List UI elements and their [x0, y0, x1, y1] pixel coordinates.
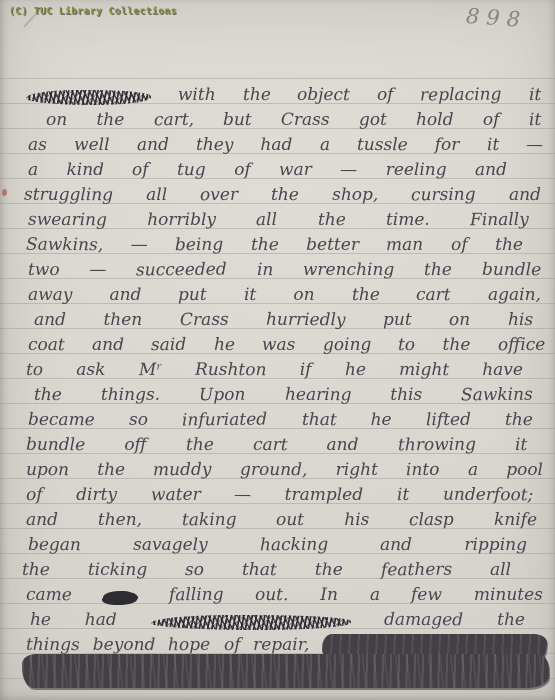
- handwritten-word: over: [200, 183, 238, 208]
- handwritten-word: replacing: [420, 83, 502, 109]
- handwritten-word: to: [26, 358, 43, 383]
- handwritten-word: swearing: [28, 208, 107, 234]
- handwritten-word: but: [223, 108, 252, 133]
- handwritten-word: off: [124, 433, 146, 458]
- handwritten-word: the: [351, 283, 379, 308]
- handwritten-word: few: [411, 583, 442, 608]
- handwritten-word: —: [131, 233, 148, 258]
- handwritten-word: going: [322, 333, 371, 359]
- handwritten-word: Mʳ: [138, 358, 162, 383]
- handwritten-word: said: [151, 333, 186, 358]
- handwritten-word: water: [151, 483, 201, 509]
- handwritten-word: the: [505, 408, 533, 433]
- handwritten-word: muddy: [153, 458, 212, 484]
- handwritten-word: minutes: [474, 583, 543, 608]
- handwritten-word: of: [451, 233, 468, 258]
- handwritten-word: the: [22, 558, 50, 583]
- handwritten-word: reeling: [386, 158, 447, 183]
- handwritten-word: it: [515, 433, 527, 458]
- handwritten-word: the: [424, 258, 452, 283]
- handwritten-word: on: [293, 283, 314, 308]
- manuscript-line: strugglingallovertheshop,cursingand: [0, 183, 555, 208]
- handwritten-word: the: [495, 233, 523, 258]
- handwritten-word: to: [398, 333, 415, 358]
- handwritten-word: the: [186, 433, 214, 458]
- handwritten-word: cart,: [153, 108, 193, 133]
- handwritten-word: became: [28, 408, 95, 433]
- manuscript-line: Sawkins,—beingthebettermanofthe: [0, 233, 555, 258]
- handwritten-word: that: [242, 558, 277, 583]
- handwritten-word: they: [196, 133, 234, 158]
- handwritten-word: a: [369, 583, 379, 608]
- handwritten-word: his: [344, 508, 369, 533]
- handwritten-word: that: [302, 408, 337, 433]
- manuscript-line: [0, 658, 555, 683]
- handwritten-word: shop,: [332, 183, 378, 208]
- handwritten-word: ask: [76, 358, 105, 383]
- handwritten-word: and: [137, 133, 169, 158]
- manuscript-line: thethings.UponhearingthisSawkins: [0, 383, 555, 408]
- manuscript-line: andthen,takingouthisclaspknife: [0, 508, 555, 533]
- handwritten-word: all: [490, 558, 511, 583]
- handwritten-word: tug: [177, 158, 206, 183]
- handwritten-word: he: [371, 408, 392, 433]
- handwritten-word: and: [380, 533, 412, 558]
- handwritten-word: came: [26, 583, 72, 608]
- handwritten-word: hacking: [260, 533, 328, 559]
- handwritten-word: war: [279, 158, 312, 183]
- handwritten-word: into: [406, 458, 440, 483]
- handwritten-word: dirty: [76, 483, 117, 508]
- handwritten-word: knife: [494, 508, 537, 533]
- handwritten-word: bundle: [482, 258, 541, 283]
- manuscript-line: two—succeededinwrenchingthebundle: [0, 258, 555, 283]
- handwritten-word: if: [300, 358, 312, 383]
- handwritten-word: so: [185, 558, 204, 583]
- handwritten-word: Crass: [281, 108, 330, 133]
- handwritten-word: —: [340, 158, 357, 183]
- handwritten-word: then: [103, 308, 142, 333]
- handwritten-word: ripping: [464, 533, 527, 558]
- handwritten-word: he: [344, 358, 365, 383]
- handwritten-word: it: [529, 83, 541, 108]
- handwritten-word: began: [28, 533, 81, 558]
- handwritten-word: a: [468, 458, 478, 483]
- handwritten-word: a: [28, 158, 38, 183]
- manuscript-line: andthenCrasshurriedlyputonhis: [0, 308, 555, 333]
- manuscript-line: begansavagelyhackingandripping: [0, 533, 555, 558]
- handwritten-word: horribly: [147, 208, 216, 233]
- handwritten-word: tussle: [357, 133, 408, 158]
- handwritten-word: had: [85, 608, 117, 633]
- handwritten-word: upon: [26, 458, 69, 483]
- ink-scribble: [103, 591, 137, 605]
- handwritten-word: and: [109, 283, 141, 308]
- handwritten-word: object: [297, 83, 350, 108]
- handwritten-word: clasp: [409, 508, 454, 533]
- handwritten-word: bundle: [26, 433, 85, 458]
- handwritten-word: cart: [416, 283, 451, 308]
- manuscript-line: akindoftugofwar—reelingand: [0, 158, 555, 183]
- handwritten-word: and: [92, 333, 124, 358]
- handwritten-word: and: [509, 183, 541, 208]
- handwritten-word: then,: [98, 508, 142, 533]
- handwritten-word: and: [475, 158, 507, 183]
- handwritten-word: of: [234, 158, 251, 183]
- manuscript-line: toaskMʳRushtonifhemighthave: [0, 358, 555, 383]
- ink-scribble: [151, 615, 351, 630]
- handwritten-word: the: [318, 208, 346, 233]
- handwritten-word: better: [306, 233, 359, 258]
- handwritten-word: of: [26, 483, 43, 508]
- handwritten-word: the: [34, 383, 62, 408]
- handwritten-word: out.: [255, 583, 289, 608]
- handwritten-word: have: [482, 358, 523, 383]
- handwritten-word: all: [146, 183, 167, 208]
- handwritten-word: away: [28, 283, 73, 308]
- handwritten-word: it: [529, 108, 542, 133]
- handwritten-word: throwing: [397, 433, 475, 459]
- handwritten-word: —: [89, 258, 106, 283]
- handwritten-word: hearing: [285, 383, 352, 408]
- handwritten-word: he: [214, 333, 235, 358]
- handwritten-word: it: [486, 133, 499, 158]
- handwritten-word: might: [399, 358, 449, 383]
- manuscript-line: camefallingout.Inafewminutes: [0, 583, 555, 608]
- manuscript-line: swearinghorriblyallthetime.Finally: [0, 208, 555, 233]
- handwritten-word: it: [397, 483, 410, 508]
- handwritten-word: Sawkins,: [26, 233, 103, 259]
- handwritten-word: this: [390, 383, 422, 408]
- handwritten-word: feathers: [381, 558, 452, 584]
- handwritten-word: put: [383, 308, 412, 333]
- handwritten-word: on: [46, 108, 67, 133]
- handwritten-word: the: [271, 183, 299, 208]
- handwritten-word: Finally: [470, 208, 529, 234]
- handwritten-word: the: [242, 83, 270, 108]
- handwritten-word: things.: [101, 383, 160, 408]
- handwritten-word: succeeded: [136, 258, 227, 284]
- manuscript-line: aswellandtheyhadatussleforit—: [0, 133, 555, 158]
- manuscript-line: onthecart,butCrassgotholdofit: [0, 108, 555, 133]
- handwritten-word: pool: [506, 458, 543, 483]
- handwritten-word: his: [508, 308, 533, 333]
- handwritten-word: again,: [488, 283, 541, 308]
- manuscript-line: withtheobjectofreplacingit: [0, 83, 555, 108]
- handwritten-word: cart: [253, 433, 288, 458]
- handwritten-word: —: [526, 133, 543, 158]
- handwritten-word: was: [262, 333, 295, 358]
- manuscript-line: awayandputitonthecartagain,: [0, 283, 555, 308]
- handwritten-word: hold: [416, 108, 454, 133]
- handwritten-word: all: [256, 208, 277, 233]
- handwritten-word: got: [359, 108, 387, 133]
- manuscript-line: thetickingsothatthefeathersall: [0, 558, 555, 583]
- handwritten-word: Rushton: [195, 358, 267, 383]
- handwritten-word: well: [74, 133, 110, 158]
- handwritten-word: and: [34, 308, 66, 333]
- handwritten-word: falling: [169, 583, 224, 609]
- handwritten-word: —: [234, 483, 251, 508]
- handwritten-word: it: [244, 283, 256, 308]
- handwritten-word: the: [251, 233, 279, 258]
- handwritten-word: the: [315, 558, 343, 583]
- handwritten-word: time.: [386, 208, 430, 233]
- handwritten-word: so: [129, 408, 148, 433]
- handwritten-word: the: [443, 333, 471, 358]
- handwritten-word: as: [28, 133, 47, 158]
- handwritten-word: In: [320, 583, 338, 608]
- handwritten-word: with: [178, 83, 216, 108]
- handwritten-word: trampled: [285, 483, 363, 508]
- handwritten-word: underfoot;: [443, 483, 533, 509]
- handwritten-word: on: [449, 308, 470, 333]
- handwritten-word: savagely: [133, 533, 208, 558]
- handwritten-word: wrenching: [303, 258, 394, 283]
- handwritten-word: ticking: [88, 558, 147, 583]
- handwritten-word: he: [30, 608, 51, 633]
- manuscript-line: bundleoffthecartandthrowingit: [0, 433, 555, 458]
- handwritten-word: office: [498, 333, 546, 358]
- manuscript-line: coatandsaidhewasgoingtotheoffice: [0, 333, 555, 358]
- manuscript-line: hehaddamagedthe: [0, 608, 555, 633]
- handwritten-word: had: [260, 133, 292, 158]
- handwritten-text-block: withtheobjectofreplacingitonthecart,butC…: [0, 0, 555, 700]
- ink-redaction-blob: [22, 654, 549, 688]
- handwritten-word: right: [336, 458, 378, 483]
- handwritten-word: being: [175, 233, 223, 259]
- handwritten-word: out: [276, 508, 304, 533]
- handwritten-word: and: [26, 508, 58, 533]
- handwritten-word: a: [319, 133, 329, 158]
- handwritten-word: of: [377, 83, 394, 108]
- manuscript-page: (C) TUC Library Collections 898 withtheo…: [0, 0, 555, 700]
- handwritten-word: Sawkins: [461, 383, 533, 409]
- handwritten-word: Upon: [199, 383, 246, 408]
- ink-scribble: [26, 90, 151, 105]
- handwritten-word: for: [435, 133, 460, 158]
- manuscript-line: becamesoinfuriatedthatheliftedthe: [0, 408, 555, 433]
- handwritten-word: the: [96, 108, 124, 133]
- handwritten-word: of: [483, 108, 500, 133]
- handwritten-word: of: [132, 158, 149, 183]
- handwritten-word: infuriated: [182, 408, 267, 434]
- handwritten-word: ground,: [240, 458, 308, 483]
- handwritten-word: cursing: [411, 183, 476, 209]
- handwritten-word: struggling: [24, 183, 113, 209]
- handwritten-word: and: [326, 433, 358, 458]
- handwritten-word: in: [257, 258, 274, 283]
- handwritten-word: coat: [28, 333, 65, 358]
- handwritten-word: lifted: [426, 408, 471, 433]
- handwritten-word: put: [178, 283, 207, 308]
- handwritten-word: taking: [182, 508, 237, 534]
- manuscript-line: uponthemuddyground,rightintoapool: [0, 458, 555, 483]
- handwritten-word: hurriedly: [266, 308, 346, 334]
- handwritten-word: the: [97, 458, 125, 483]
- handwritten-word: kind: [66, 158, 104, 183]
- handwritten-word: damaged: [384, 608, 463, 634]
- manuscript-line: ofdirtywater—trampleditunderfoot;: [0, 483, 555, 508]
- handwritten-word: Crass: [180, 308, 229, 334]
- handwritten-word: man: [386, 233, 423, 258]
- handwritten-word: two: [28, 258, 60, 283]
- handwritten-word: the: [497, 608, 525, 633]
